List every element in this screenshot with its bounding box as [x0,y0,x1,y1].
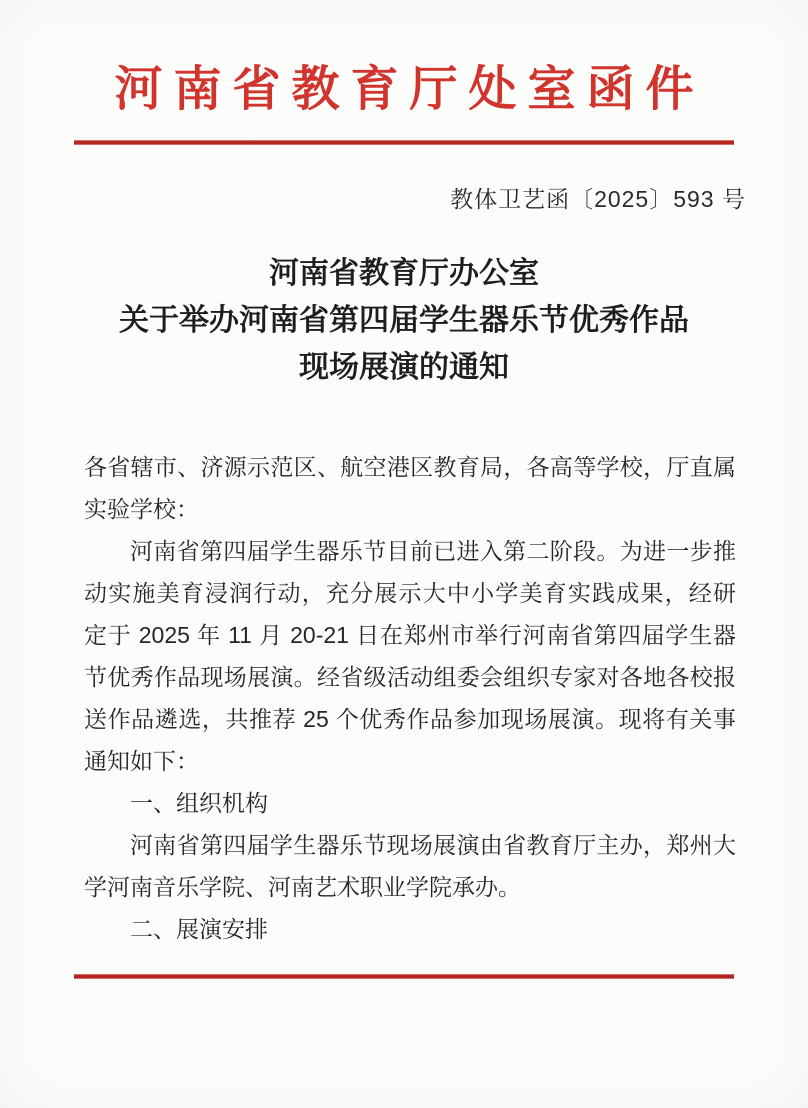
document-title-line-3: 现场展演的通知 [0,344,808,391]
letterhead-title: 河南省教育厅处室函件 [0,50,808,119]
letterhead-divider-line [74,140,734,145]
footer-divider-line [74,974,734,979]
body-line-section-1-heading: 一、组织机构 [84,782,736,824]
body-line-section-2-heading: 二、展演安排 [84,908,736,950]
body-line-section-1-text-2: 学河南音乐学院、河南艺术职业学院承办。 [84,866,736,908]
document-title: 河南省教育厅办公室 关于举办河南省第四届学生器乐节优秀作品 现场展演的通知 [0,250,808,391]
document-title-line-1: 河南省教育厅办公室 [0,250,808,297]
body-line-intro-5: 送作品遴选，共推荐 25 个优秀作品参加现场展演。现将有关事宜 [84,698,736,740]
body-line-intro-2: 动实施美育浸润行动，充分展示大中小学美育实践成果，经研究， [84,572,736,614]
document-body: 各省辖市、济源示范区、航空港区教育局，各高等学校，厅直属 实验学校： 河南省第四… [84,446,736,950]
body-line-intro-3: 定于 2025 年 11 月 20-21 日在郑州市举行河南省第四届学生器乐 [84,614,736,656]
body-line-intro-6: 通知如下： [84,740,736,782]
body-line-recipients-2: 实验学校： [84,488,736,530]
body-line-intro-1: 河南省第四届学生器乐节目前已进入第二阶段。为进一步推 [84,530,736,572]
body-line-section-1-text-1: 河南省第四届学生器乐节现场展演由省教育厅主办，郑州大 [84,824,736,866]
document-number: 教体卫艺函〔2025〕593 号 [450,181,746,214]
document-title-line-2: 关于举办河南省第四届学生器乐节优秀作品 [0,297,808,344]
body-line-recipients-1: 各省辖市、济源示范区、航空港区教育局，各高等学校，厅直属 [84,446,736,488]
body-line-intro-4: 节优秀作品现场展演。经省级活动组委会组织专家对各地各校报 [84,656,736,698]
document-page: 河南省教育厅处室函件 教体卫艺函〔2025〕593 号 河南省教育厅办公室 关于… [0,0,808,1108]
